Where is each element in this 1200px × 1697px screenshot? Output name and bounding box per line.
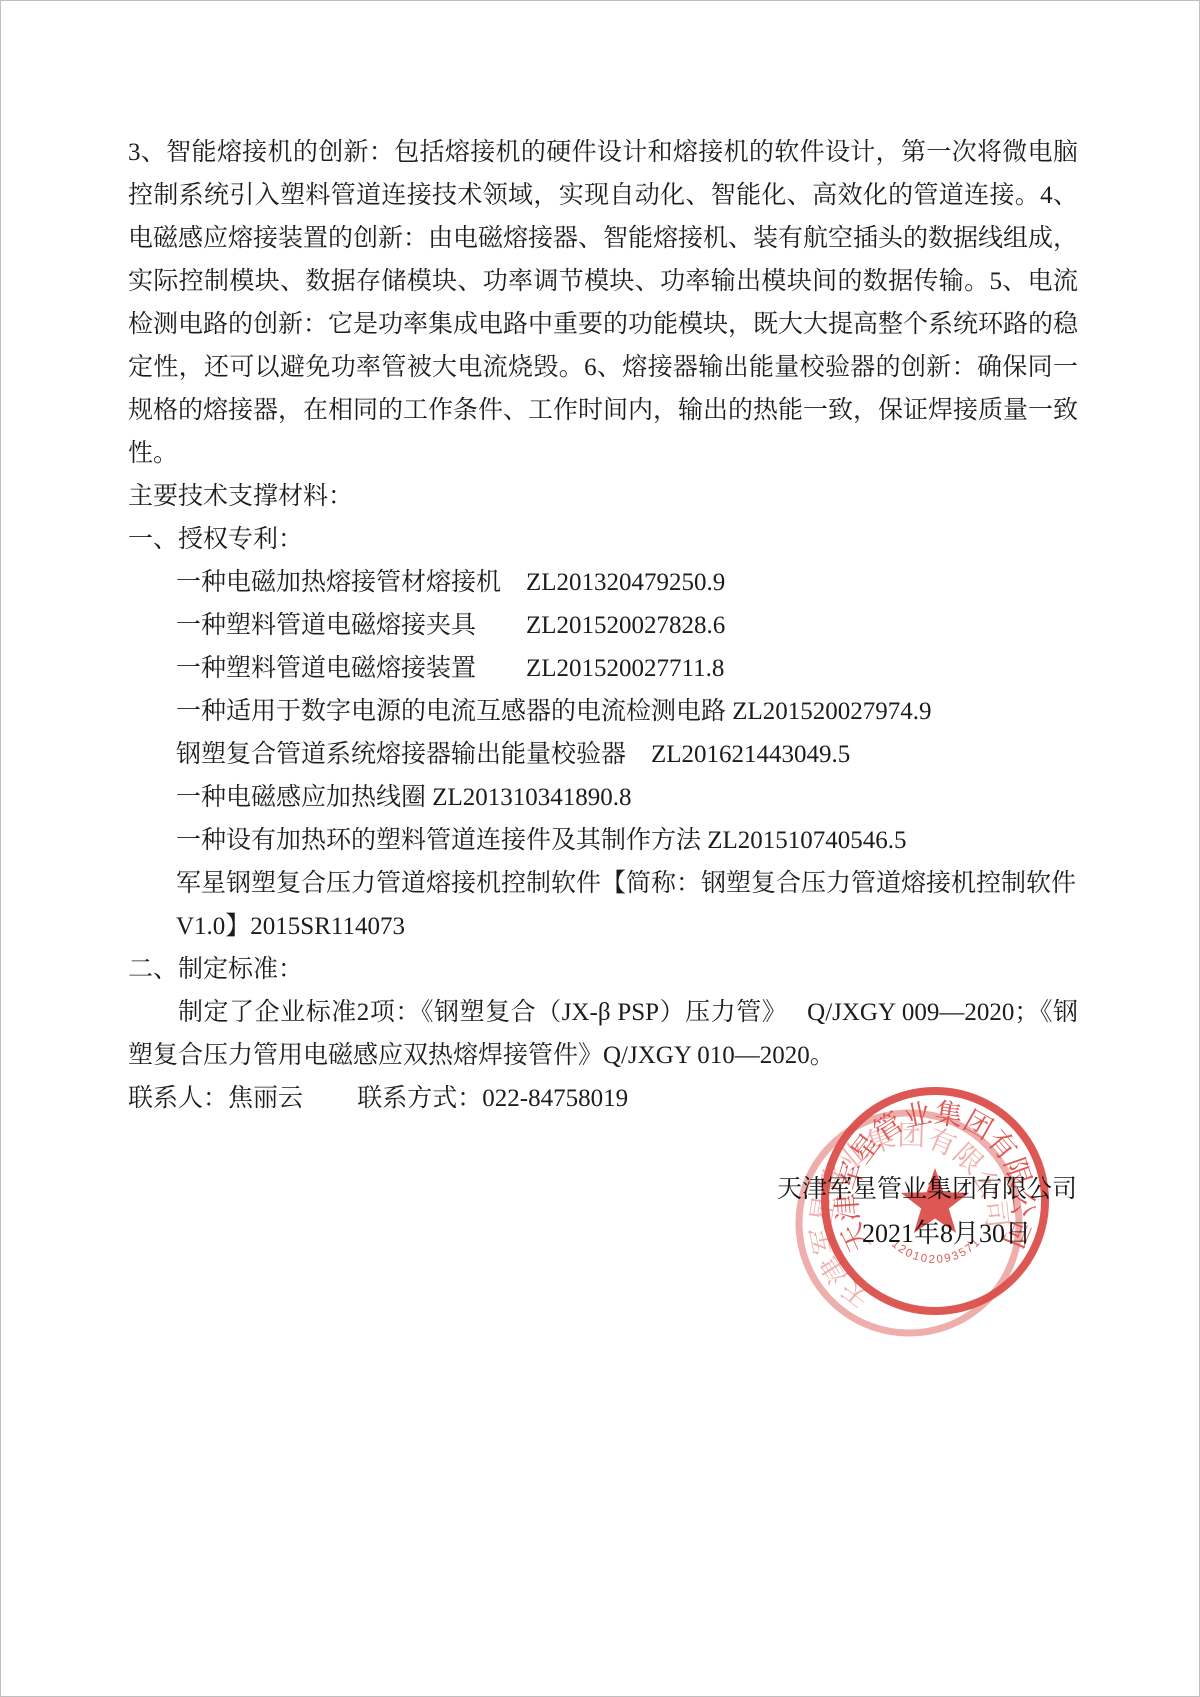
signature-date: 2021年8月30日 (777, 1217, 1031, 1251)
software-copyright-item-continued: V1.0】2015SR114073 (128, 905, 1078, 948)
standards-section-heading: 二、制定标准： (128, 948, 1078, 991)
patents-section-heading: 一、授权专利： (128, 518, 1078, 561)
patent-item: 一种电磁加热熔接管材熔接机 ZL201320479250.9 (128, 561, 1078, 604)
support-materials-heading: 主要技术支撑材料： (128, 475, 1078, 518)
patent-item: 钢塑复合管道系统熔接器输出能量校验器 ZL201621443049.5 (128, 733, 1078, 776)
signature-block: 天津军星管业集团有限公司 2021年8月30日 (777, 1173, 1077, 1251)
company-name: 天津军星管业集团有限公司 (777, 1173, 1077, 1207)
document-body: 3、智能熔接机的创新：包括熔接机的硬件设计和熔接机的软件设计，第一次将微电脑控制… (128, 131, 1078, 1120)
patent-item: 一种电磁感应加热线圈 ZL201310341890.8 (128, 776, 1078, 819)
patent-item: 一种设有加热环的塑料管道连接件及其制作方法 ZL201510740546.5 (128, 819, 1078, 862)
software-copyright-item: 军星钢塑复合压力管道熔接机控制软件【简称：钢塑复合压力管道熔接机控制软件 (128, 862, 1078, 905)
contact-line: 联系人：焦丽云 联系方式：022-84758019 (128, 1077, 1078, 1120)
standards-paragraph: 制定了企业标准2项：《钢塑复合（JX-β PSP）压力管》 Q/JXGY 009… (128, 991, 1078, 1077)
document-page: 3、智能熔接机的创新：包括熔接机的硬件设计和熔接机的软件设计，第一次将微电脑控制… (0, 0, 1200, 1697)
patent-item: 一种塑料管道电磁熔接夹具 ZL201520027828.6 (128, 604, 1078, 647)
contact-method: 联系方式：022-84758019 (357, 1085, 628, 1112)
contact-person: 联系人：焦丽云 (128, 1085, 303, 1112)
patent-item: 一种适用于数字电源的电流互感器的电流检测电路 ZL201520027974.9 (128, 690, 1078, 733)
patent-item: 一种塑料管道电磁熔接装置 ZL201520027711.8 (128, 647, 1078, 690)
patent-list: 一种电磁加热熔接管材熔接机 ZL201320479250.9 一种塑料管道电磁熔… (128, 561, 1078, 948)
innovation-paragraph: 3、智能熔接机的创新：包括熔接机的硬件设计和熔接机的软件设计，第一次将微电脑控制… (128, 131, 1078, 475)
